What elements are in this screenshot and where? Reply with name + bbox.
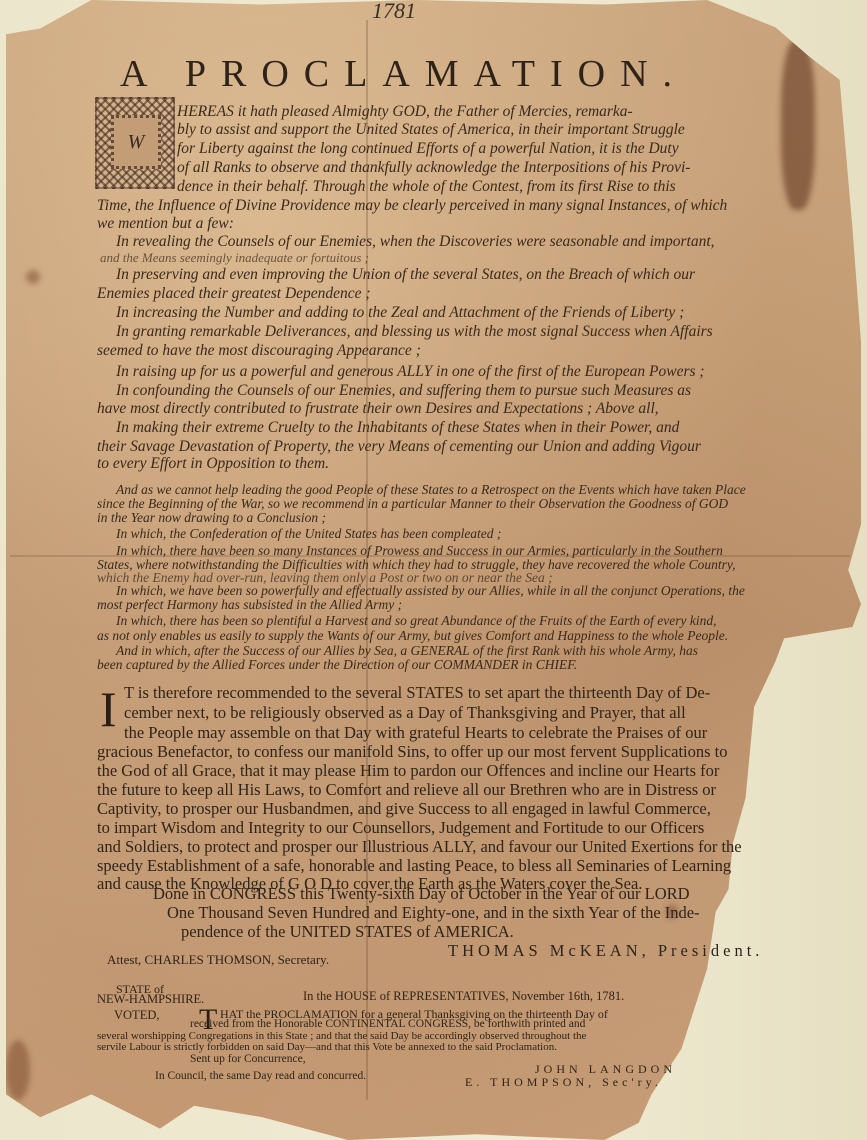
instance-line: Enemies placed their greatest Dependence… (97, 285, 371, 303)
instance-line: their Savage Devastation of Property, th… (97, 438, 701, 456)
nh-voted-label: VOTED, (114, 1008, 159, 1023)
instance-line: In increasing the Number and adding to t… (116, 304, 684, 322)
preamble-line: HEREAS it hath pleased Almighty GOD, the… (177, 103, 633, 121)
recommend-line: to impart Wisdom and Integrity to our Co… (97, 818, 704, 838)
instance-line: In revealing the Counsels of our Enemies… (116, 233, 715, 251)
recommend-line: Captivity, to prosper our Husbandmen, an… (97, 799, 711, 819)
nh-house-line: In the HOUSE of REPRESENTATIVES, Novembe… (303, 989, 624, 1004)
preamble-line: for Liberty against the long continued E… (177, 140, 679, 158)
preamble-line: of all Ranks to observe and thankfully a… (177, 159, 690, 177)
preamble-line: bly to assist and support the United Sta… (177, 121, 685, 139)
nh-secretary: E. THOMPSON, Sec'ry. (465, 1075, 662, 1090)
instance-line: In confounding the Counsels of our Enemi… (116, 382, 691, 400)
recommend-line: T is therefore recommended to the severa… (124, 683, 710, 703)
retrospect-line: In which, there has been so plentiful a … (116, 613, 717, 629)
dropcap-letter: W (111, 115, 161, 169)
recommend-line: the People may assemble on that Day with… (124, 723, 707, 743)
preamble-line: we mention but a few: (97, 215, 234, 233)
nh-concurred: In Council, the same Day read and concur… (155, 1070, 366, 1082)
done-line: pendence of the UNITED STATES of AMERICA… (181, 922, 514, 942)
nh-state-name: NEW-HAMPSHIRE. (97, 992, 204, 1007)
instance-line: and the Means seemingly inadequate or fo… (100, 250, 369, 266)
retrospect-line: most perfect Harmony has subsisted in th… (97, 597, 402, 613)
instance-line: have most directly contributed to frustr… (97, 400, 659, 418)
page-title: A PROCLAMATION. (120, 52, 760, 96)
retrospect-line: as not only enables us easily to supply … (97, 628, 728, 644)
stain (26, 270, 40, 284)
retrospect-line: in the Year now drawing to a Conclusion … (97, 510, 326, 526)
recommend-line: the future to keep all His Laws, to Comf… (97, 780, 716, 800)
recommend-line: the God of all Grace, that it may please… (97, 761, 719, 781)
nh-voted-line: received from the Honorable CONTINENTAL … (190, 1018, 585, 1030)
instance-line: seemed to have the most discouraging App… (97, 342, 421, 360)
recommend-line: speedy Establishment of a safe, honorabl… (97, 856, 731, 876)
attest-line: Attest, CHARLES THOMSON, Secretary. (107, 952, 329, 968)
president-signature: THOMAS McKEAN, President. (448, 941, 763, 961)
retrospect-line: been captured by the Allied Forces under… (97, 657, 577, 673)
ornamental-dropcap: W (95, 97, 175, 189)
instance-line: In preserving and even improving the Uni… (116, 266, 695, 284)
recommend-line: cember next, to be religiously observed … (124, 703, 686, 723)
instance-line: In granting remarkable Deliverances, and… (116, 323, 713, 341)
instance-line: In raising up for us a powerful and gene… (116, 363, 705, 381)
instance-line: In making their extreme Cruelty to the I… (116, 419, 679, 437)
done-line: One Thousand Seven Hundred and Eighty-on… (167, 903, 700, 923)
nh-voted-line: servile Labour is strictly forbidden on … (97, 1041, 557, 1053)
nh-sent-up: Sent up for Concurrence, (190, 1053, 306, 1065)
stain (6, 1040, 30, 1100)
year-annotation: 1781 (372, 0, 416, 24)
preamble-line: dence in their behalf. Through the whole… (177, 178, 676, 196)
recommend-line: gracious Benefactor, to confess our mani… (97, 742, 728, 762)
recommend-line: and Soldiers, to protect and prosper our… (97, 837, 742, 857)
instance-line: to every Effort in Opposition to them. (97, 455, 329, 473)
retrospect-line: In which, the Confederation of the Unite… (116, 526, 501, 542)
dropcap-letter: I (100, 684, 117, 734)
done-line: Done in CONGRESS this Twenty-sixth Day o… (153, 884, 690, 904)
preamble-line: Time, the Influence of Divine Providence… (97, 197, 727, 215)
stain (781, 40, 815, 210)
